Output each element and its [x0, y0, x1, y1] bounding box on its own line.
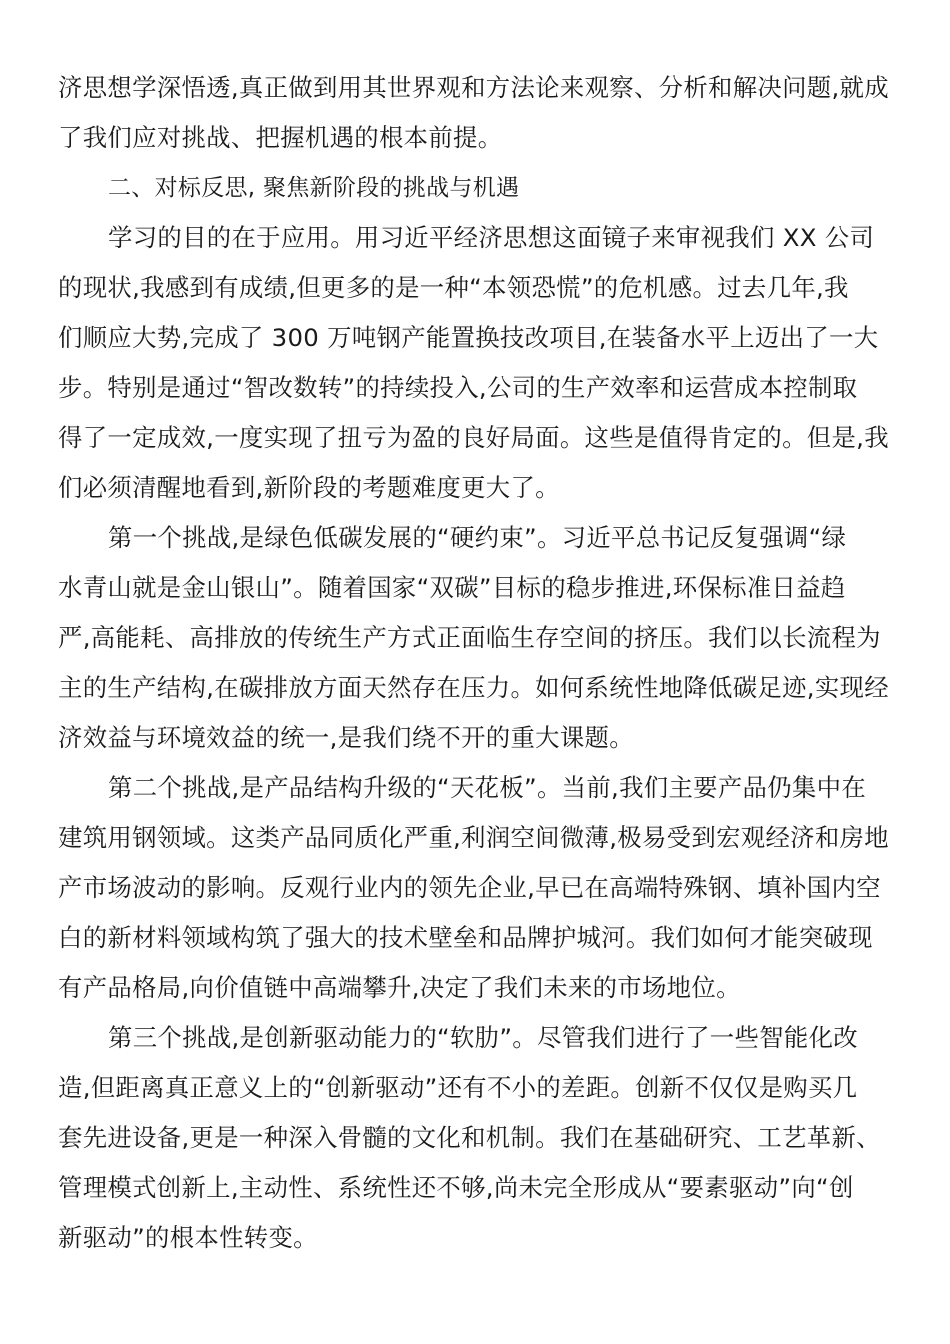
paragraph-start: 第三个挑战,是创新驱动能力的“软肋”。尽管我们进行了一些智能化改	[58, 1018, 894, 1068]
text-line: 主的生产结构,在碳排放方面天然存在压力。如何系统性地降低碳足迹,实现经	[58, 668, 894, 718]
section-heading: 二、对标反思, 聚焦新阶段的挑战与机遇	[58, 168, 894, 218]
text-line: 新驱动”的根本性转变。	[58, 1218, 894, 1268]
text-line: 的现状,我感到有成绩,但更多的是一种“本领恐慌”的危机感。过去几年,我	[58, 268, 894, 318]
text-line: 套先进设备,更是一种深入骨髓的文化和机制。我们在基础研究、工艺革新、	[58, 1118, 894, 1168]
text-line: 了我们应对挑战、把握机遇的根本前提。	[58, 118, 894, 168]
text-line: 管理模式创新上,主动性、系统性还不够,尚未完全形成从“要素驱动”向“创	[58, 1168, 894, 1218]
text-line: 建筑用钢领域。这类产品同质化严重,利润空间微薄,极易受到宏观经济和房地	[58, 818, 894, 868]
text-line: 严,高能耗、高排放的传统生产方式正面临生存空间的挤压。我们以长流程为	[58, 618, 894, 668]
text-line: 们顺应大势,完成了 300 万吨钢产能置换技改项目,在装备水平上迈出了一大	[58, 318, 894, 368]
paragraph-start: 第二个挑战,是产品结构升级的“天花板”。当前,我们主要产品仍集中在	[58, 768, 894, 818]
paragraph-start: 学习的目的在于应用。用习近平经济思想这面镜子来审视我们 XX 公司	[58, 218, 894, 268]
text-line: 产市场波动的影响。反观行业内的领先企业,早已在高端特殊钢、填补国内空	[58, 868, 894, 918]
text-line: 造,但距离真正意义上的“创新驱动”还有不小的差距。创新不仅仅是购买几	[58, 1068, 894, 1118]
text-line: 水青山就是金山银山”。随着国家“双碳”目标的稳步推进,环保标准日益趋	[58, 568, 894, 618]
document-page: 济思想学深悟透,真正做到用其世界观和方法论来观察、分析和解决问题,就成 了我们应…	[58, 68, 894, 1268]
text-line: 们必须清醒地看到,新阶段的考题难度更大了。	[58, 468, 894, 518]
text-line: 有产品格局,向价值链中高端攀升,决定了我们未来的市场地位。	[58, 968, 894, 1018]
paragraph-start: 第一个挑战,是绿色低碳发展的“硬约束”。习近平总书记反复强调“绿	[58, 518, 894, 568]
text-line: 济思想学深悟透,真正做到用其世界观和方法论来观察、分析和解决问题,就成	[58, 68, 894, 118]
text-line: 济效益与环境效益的统一,是我们绕不开的重大课题。	[58, 718, 894, 768]
text-line: 得了一定成效,一度实现了扭亏为盈的良好局面。这些是值得肯定的。但是,我	[58, 418, 894, 468]
text-line: 白的新材料领域构筑了强大的技术壁垒和品牌护城河。我们如何才能突破现	[58, 918, 894, 968]
text-line: 步。特别是通过“智改数转”的持续投入,公司的生产效率和运营成本控制取	[58, 368, 894, 418]
